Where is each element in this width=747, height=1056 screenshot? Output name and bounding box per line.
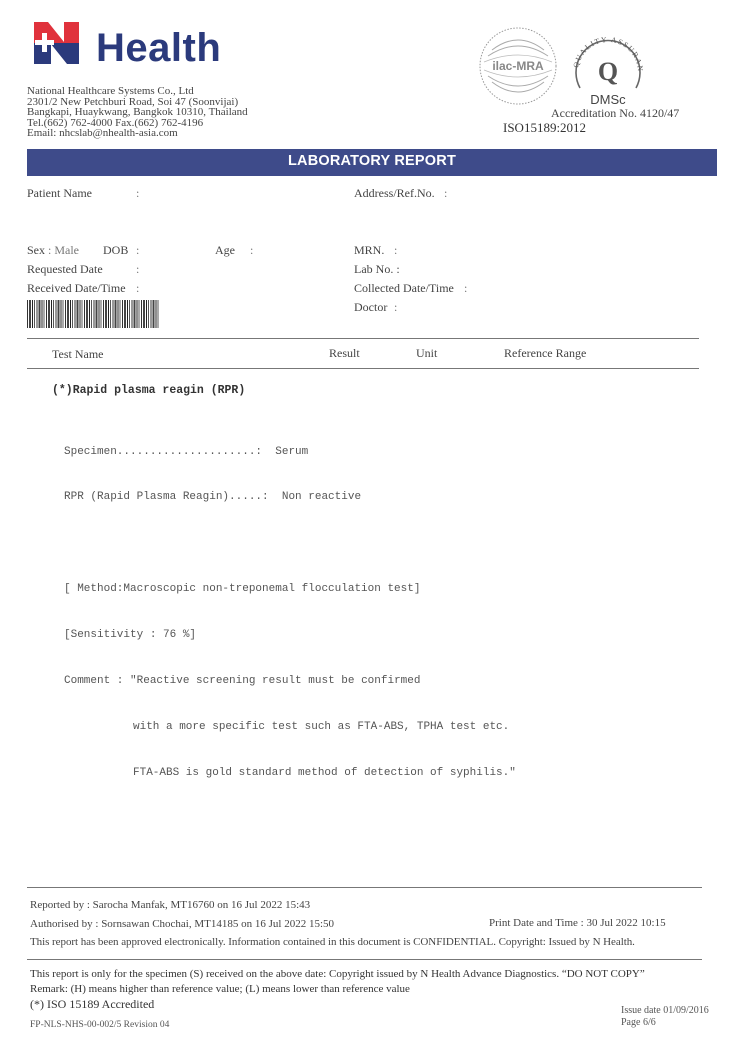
report-title: LABORATORY REPORT <box>27 153 717 169</box>
sex-label: Sex <box>27 243 45 257</box>
col-unit: Unit <box>416 346 437 361</box>
sex-colon: : <box>48 243 51 257</box>
collected-datetime-label: Collected Date/Time <box>354 281 454 296</box>
age-label: Age <box>215 243 235 258</box>
company-name: National Healthcare Systems Co., Ltd <box>27 86 248 97</box>
received-datetime-colon: : <box>136 281 139 296</box>
test-method: [ Method:Macroscopic non-treponemal floc… <box>64 582 516 597</box>
requested-date-label: Requested Date <box>27 262 103 277</box>
accreditation-number: Accreditation No. 4120/47 <box>551 106 679 121</box>
col-result: Result <box>329 346 360 361</box>
mrn-colon: : <box>394 243 397 258</box>
doctor-colon: : <box>394 300 397 315</box>
table-top-divider <box>27 338 699 339</box>
iso-accredited-note: (*) ISO 15189 Accredited <box>30 997 154 1012</box>
ilac-mra-seal-icon: ilac-MRA <box>478 26 558 106</box>
specimen-note: This report is only for the specimen (S)… <box>30 968 645 980</box>
result-label: Specimen.....................: <box>64 446 262 458</box>
issue-date: Issue date 01/09/2016 <box>621 1005 709 1016</box>
patient-name-label: Patient Name <box>27 186 92 201</box>
barcode <box>27 300 160 328</box>
reported-by: Reported by : Sarocha Manfak, MT16760 on… <box>30 899 310 911</box>
table-header-divider <box>27 368 699 369</box>
result-value: Non reactive <box>282 491 361 503</box>
signoff-divider <box>27 887 702 888</box>
age-colon: : <box>250 243 253 258</box>
remark: Remark: (H) means higher than reference … <box>30 983 410 995</box>
comment-line: "Reactive screening result must be confi… <box>130 675 420 687</box>
comment-label: Comment : <box>64 675 123 687</box>
svg-text:ilac-MRA: ilac-MRA <box>492 59 544 73</box>
email: Email: nhcslab@nhealth-asia.com <box>27 128 248 139</box>
page-number: Page 6/6 <box>621 1017 656 1028</box>
approval-note: This report has been approved electronic… <box>30 936 635 948</box>
address-line: Bangkapi, Huaykwang, Bangkok 10310, Thai… <box>27 107 248 118</box>
svg-text:DMSc: DMSc <box>590 92 626 107</box>
report-title-banner: LABORATORY REPORT <box>27 149 717 176</box>
dmsc-quality-seal-icon: QUALITY ASSURANCE Q DMSc <box>566 28 650 108</box>
doctor-label: Doctor <box>354 300 387 315</box>
comment-line: FTA-ABS is gold standard method of detec… <box>64 766 516 781</box>
lab-no-label: Lab No. : <box>354 262 400 277</box>
test-comment: Comment : "Reactive screening result mus… <box>64 674 516 689</box>
authorised-by: Authorised by : Sornsawan Chochai, MT141… <box>30 918 334 930</box>
result-value: Serum <box>275 446 308 458</box>
sex-field: Sex : Male <box>27 243 79 258</box>
iso-standard: ISO15189:2012 <box>503 120 586 136</box>
address-label: Address/Ref.No. <box>354 186 435 201</box>
print-datetime: Print Date and Time : 30 Jul 2022 10:15 <box>489 917 666 929</box>
footer-divider <box>27 959 702 960</box>
brand-name: Health <box>96 24 221 72</box>
test-title: (*)Rapid plasma reagin (RPR) <box>52 384 245 397</box>
address-colon: : <box>444 186 447 201</box>
result-row-specimen: Specimen.....................: Serum <box>64 445 516 460</box>
sex-value: Male <box>54 243 79 257</box>
nhealth-logo-icon <box>34 22 79 64</box>
comment-line: with a more specific test such as FTA-AB… <box>64 720 516 735</box>
received-datetime-label: Received Date/Time <box>27 281 126 296</box>
patient-name-colon: : <box>136 186 139 201</box>
test-sensitivity: [Sensitivity : 76 %] <box>64 628 516 643</box>
result-row-rpr: RPR (Rapid Plasma Reagin).....: Non reac… <box>64 490 516 505</box>
test-result-block: Specimen.....................: Serum RPR… <box>64 414 516 796</box>
collected-datetime-colon: : <box>464 281 467 296</box>
company-address: National Healthcare Systems Co., Ltd 230… <box>27 86 248 139</box>
dob-colon: : <box>136 243 139 258</box>
form-code: FP-NLS-NHS-00-002/5 Revision 04 <box>30 1020 169 1030</box>
requested-date-colon: : <box>136 262 139 277</box>
col-test-name: Test Name <box>52 347 103 362</box>
dob-label: DOB <box>103 243 128 258</box>
mrn-label: MRN. <box>354 243 384 258</box>
col-reference-range: Reference Range <box>504 346 586 361</box>
result-label: RPR (Rapid Plasma Reagin).....: <box>64 491 269 503</box>
svg-text:Q: Q <box>598 57 618 86</box>
